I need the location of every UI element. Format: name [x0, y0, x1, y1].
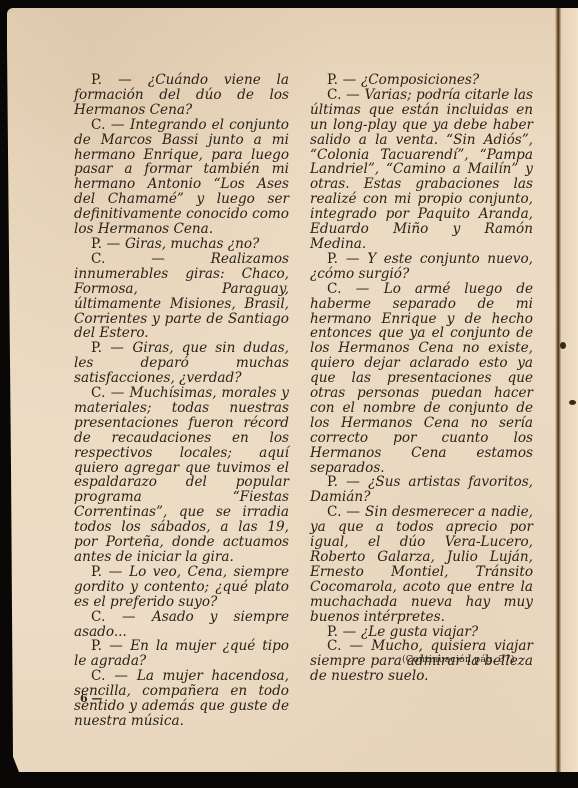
speech-text: Muchísimas, morales y materiales; todas … — [74, 385, 289, 565]
speaker-label: C. — — [91, 609, 152, 625]
interview-paragraph: P. — ¿Le gusta viajar? — [310, 625, 533, 640]
interview-paragraph: C. — Asado y siempre asado... — [74, 610, 289, 640]
speaker-label: C. — — [327, 281, 384, 297]
interview-paragraph: C. — Sin desmerecer a nadie, ya que a to… — [310, 505, 533, 624]
interview-paragraph: P. — En la mujer ¿qué tipo le agrada? — [74, 639, 289, 669]
interview-paragraph: P. — Lo veo, Cena, siempre gordito y con… — [74, 565, 289, 610]
speech-text: ¿Composiciones? — [361, 72, 479, 88]
interview-paragraph: P. — Giras, muchas ¿no? — [74, 237, 289, 252]
speaker-label: P. — — [91, 72, 148, 88]
speech-text: ¿Le gusta viajar? — [361, 624, 478, 640]
interview-paragraph: C. — Lo armé luego de haberme separado d… — [310, 282, 533, 476]
speaker-label: P. — — [327, 72, 361, 88]
speaker-label: C. — — [91, 668, 137, 684]
speaker-label: C. — — [327, 504, 365, 520]
speech-text: Integrando el conjunto de Marcos Bassi j… — [74, 117, 289, 237]
right-column: P. — ¿Composiciones? C. — Varias; podría… — [310, 73, 533, 684]
speech-text: Lo armé luego de haberme separado de mi … — [310, 281, 533, 476]
speaker-label: P. — — [327, 474, 368, 490]
interview-paragraph: P. — ¿Composiciones? — [310, 73, 533, 88]
speech-text: Giras, muchas ¿no? — [125, 236, 259, 252]
speaker-label: P. — — [91, 340, 132, 356]
speaker-label: C. — — [327, 638, 371, 654]
continuation-note: (Continuación pág. 37) — [402, 654, 515, 665]
speaker-label: C. — — [327, 87, 364, 103]
interview-paragraph: C. — Realizamos innumerables giras: Chac… — [74, 252, 289, 341]
page-number: 6 — — [80, 692, 102, 705]
interview-paragraph: P. — Y este conjunto nuevo, ¿cómo surgió… — [310, 252, 533, 282]
speech-text: Sin desmerecer a nadie, ya que a todos a… — [310, 504, 533, 624]
speaker-label: P. — — [327, 251, 367, 267]
facing-page-edge — [561, 8, 578, 772]
interview-paragraph: C. — Varias; podría citarle las últimas … — [310, 88, 533, 252]
interview-paragraph: P. — Giras, que sin dudas, les deparó mu… — [74, 341, 289, 386]
speaker-label: C. — — [91, 385, 130, 401]
speaker-label: P. — — [91, 564, 129, 580]
speech-text: Varias; podría citarle las últimas que e… — [310, 87, 533, 252]
speaker-label: P. — — [327, 624, 361, 640]
speaker-label: C. — — [91, 117, 130, 133]
left-column: P. — ¿Cuándo viene la formación del dúo … — [74, 73, 289, 729]
interview-paragraph: C. — Muchísimas, morales y materiales; t… — [74, 386, 289, 565]
speaker-label: C. — — [91, 251, 211, 267]
ink-blot — [569, 400, 576, 405]
interview-paragraph: P. — ¿Sus artistas favoritos, Damián? — [310, 475, 533, 505]
interview-paragraph: C. — La mujer hacendosa, sencilla, compa… — [74, 669, 289, 729]
book-spine-fold — [555, 8, 561, 772]
speaker-label: P. — — [91, 236, 125, 252]
interview-paragraph: C. — Integrando el conjunto de Marcos Ba… — [74, 118, 289, 237]
interview-paragraph: P. — ¿Cuándo viene la formación del dúo … — [74, 73, 289, 118]
speaker-label: P. — — [91, 638, 130, 654]
ink-blot — [560, 342, 566, 349]
